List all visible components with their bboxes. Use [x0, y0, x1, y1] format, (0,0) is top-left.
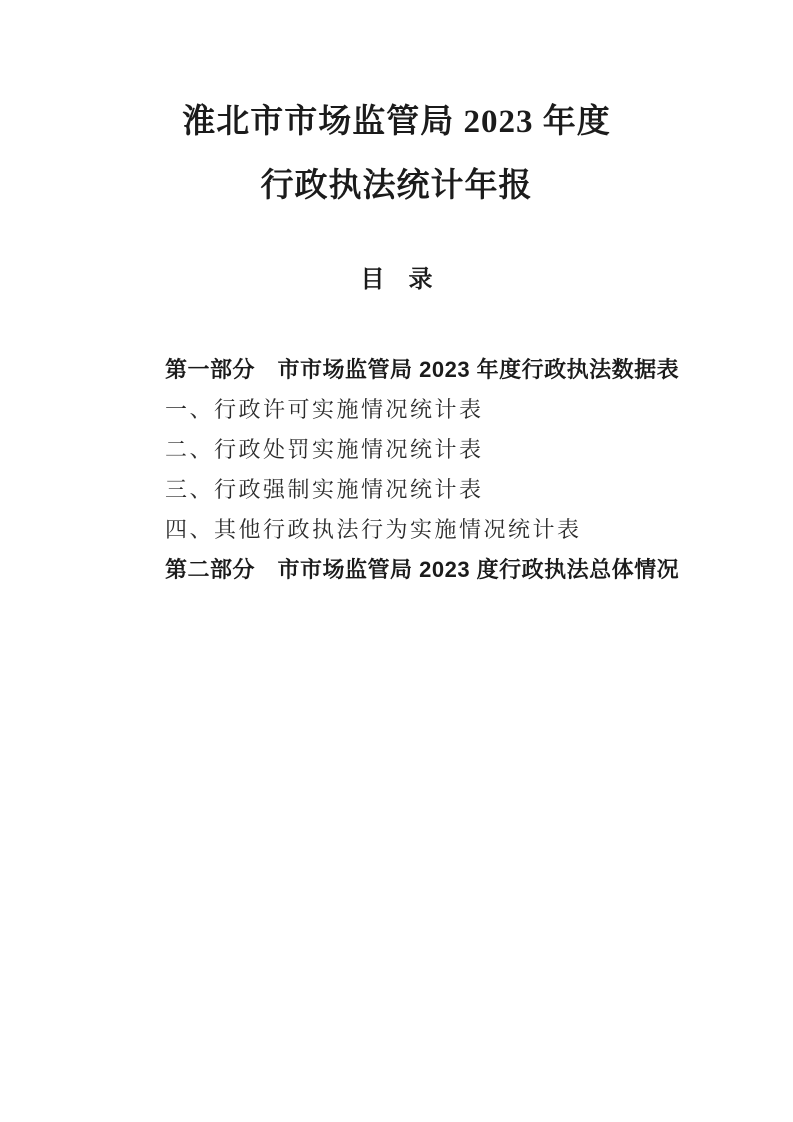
toc-list: 第一部分 市市场监管局 2023 年度行政执法数据表 一、行政许可实施情况统计表…	[165, 350, 733, 590]
document-title-line-2: 行政执法统计年报	[0, 165, 793, 207]
toc-heading: 目 录	[0, 263, 793, 297]
toc-entry-item-1: 一、行政许可实施情况统计表	[165, 390, 733, 430]
toc-entry-part2: 第二部分 市市场监管局 2023 度行政执法总体情况	[165, 550, 733, 590]
document-title-line-1: 淮北市市场监管局 2023 年度	[0, 101, 793, 143]
toc-entry-item-4: 四、其他行政执法行为实施情况统计表	[165, 510, 733, 550]
toc-entry-item-2: 二、行政处罚实施情况统计表	[165, 430, 733, 470]
toc-entry-item-3: 三、行政强制实施情况统计表	[165, 470, 733, 510]
toc-entry-part1: 第一部分 市市场监管局 2023 年度行政执法数据表	[165, 350, 733, 390]
document-page: 淮北市市场监管局 2023 年度 行政执法统计年报 目 录 第一部分 市市场监管…	[0, 0, 793, 1122]
